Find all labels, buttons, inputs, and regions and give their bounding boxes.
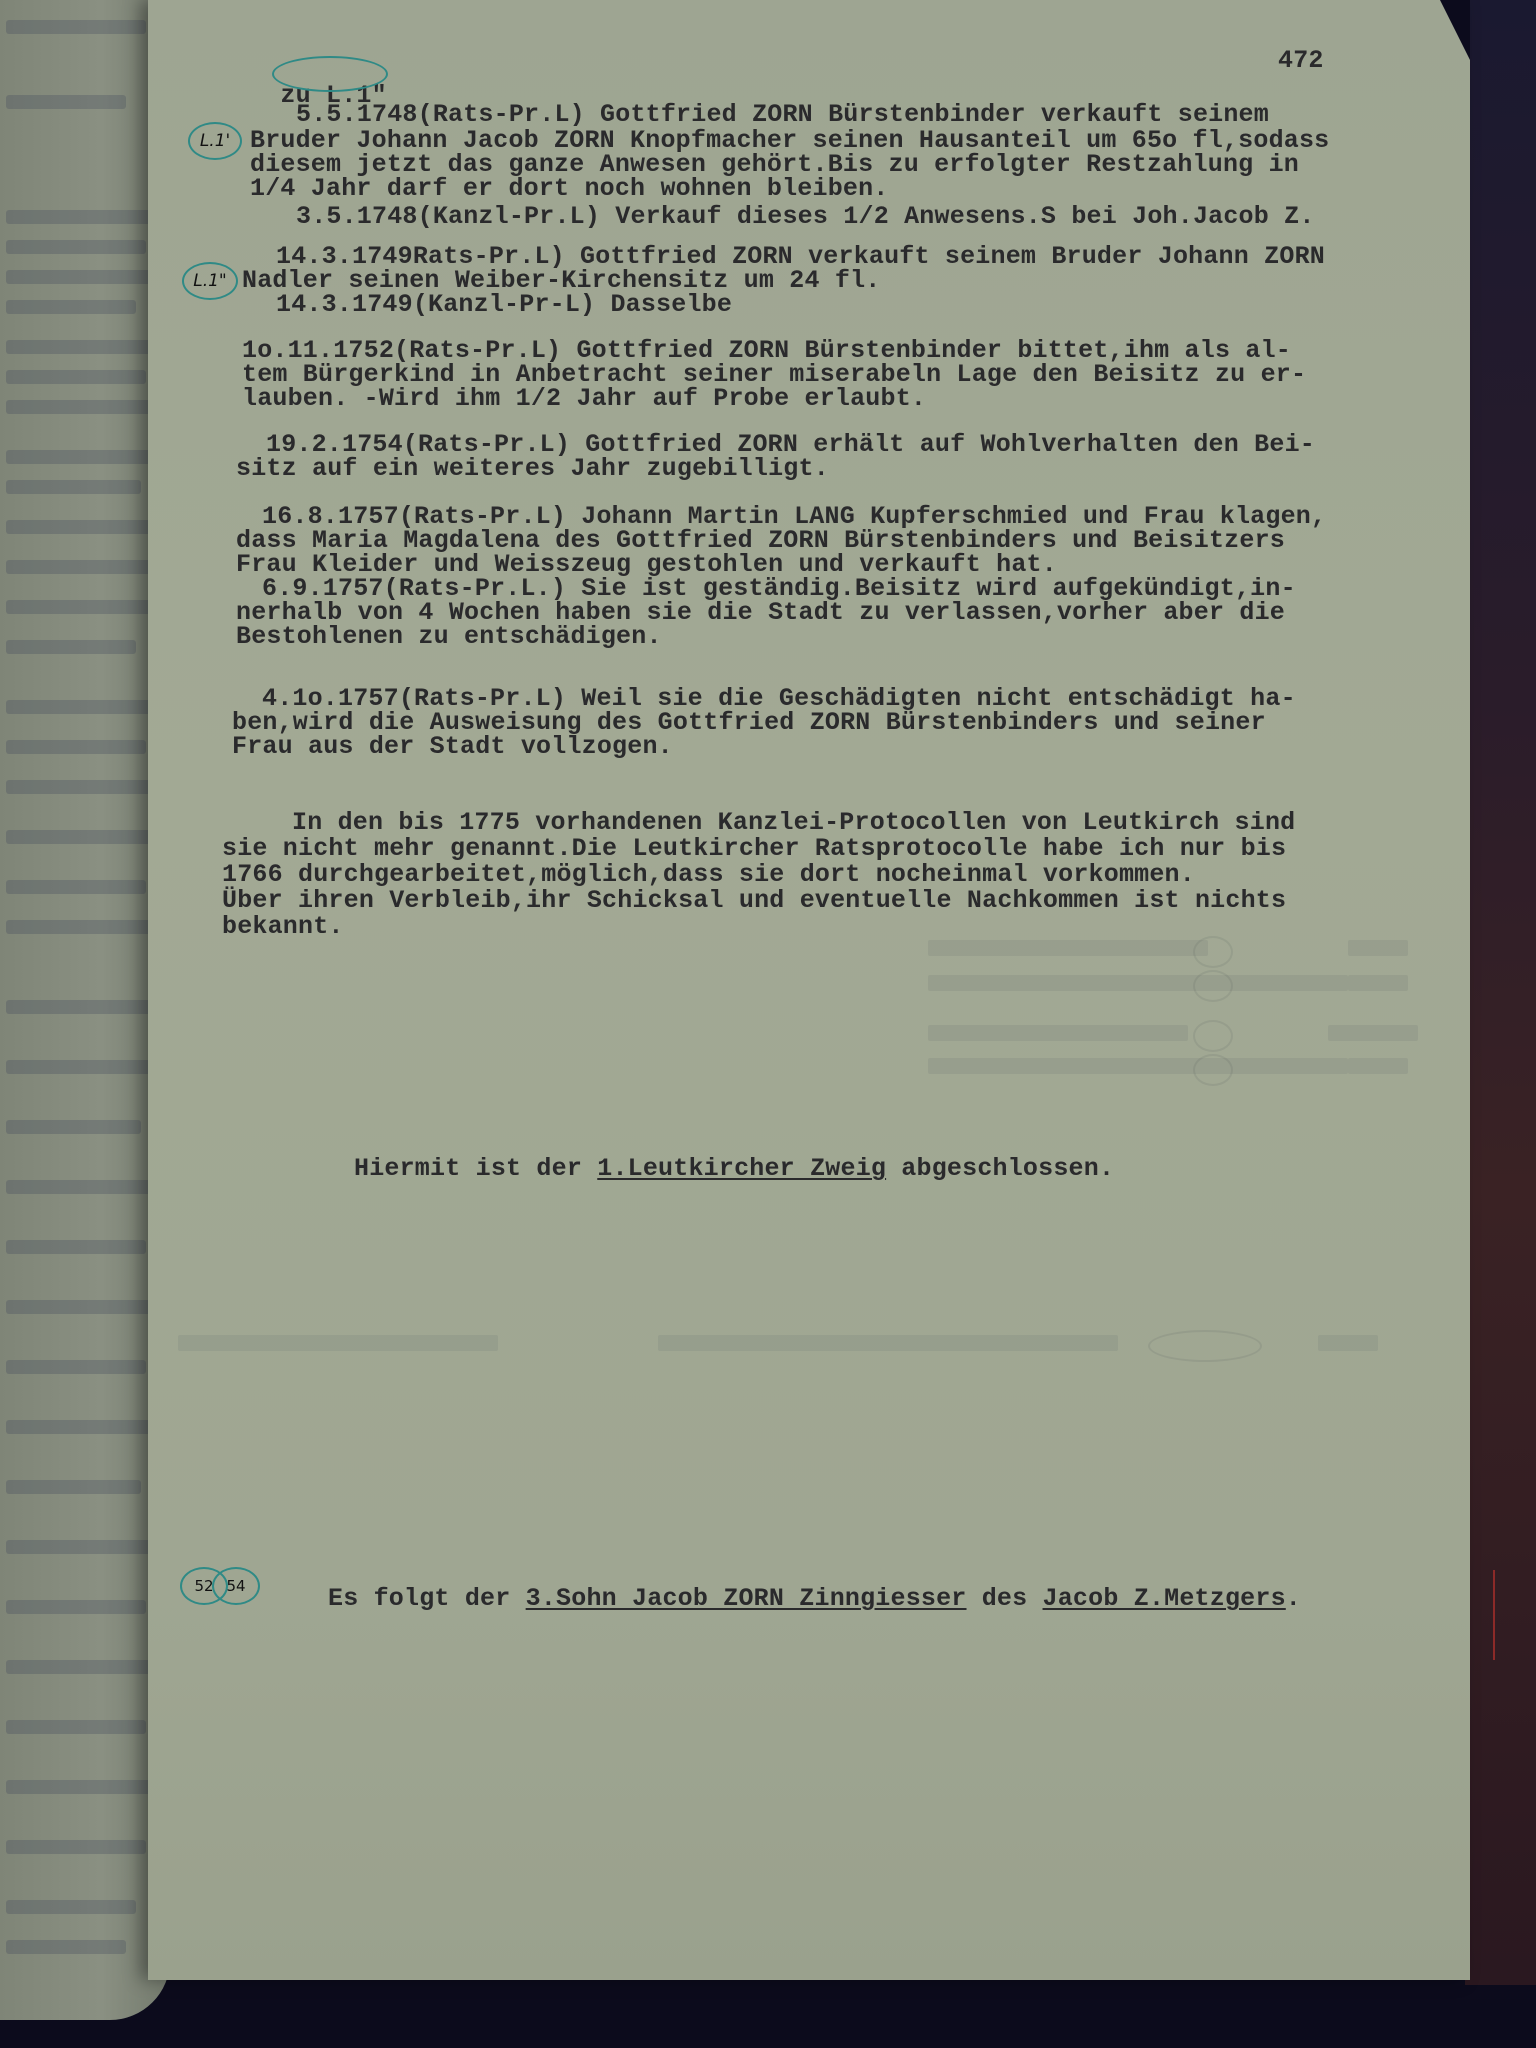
closing-branch-name: 1.Leutkircher Zweig (597, 1154, 886, 1183)
next-prefix: Es folgt der (328, 1584, 526, 1613)
next-section-statement: Es folgt der 3.Sohn Jacob ZORN Zinngiess… (328, 1588, 1301, 1609)
summary-line: bekannt. (222, 916, 344, 937)
summary-line: Über ihren Verbleib,ihr Schicksal und ev… (222, 890, 1286, 911)
next-middle: des (967, 1584, 1043, 1613)
entry-line: Frau aus der Stadt vollzogen. (232, 736, 673, 757)
summary-line: 1766 durchgearbeitet,möglich,dass sie do… (222, 864, 1195, 885)
entry-line: 16.8.1757(Rats-Pr.L) Johann Martin LANG … (262, 506, 1326, 527)
background-desk (1465, 0, 1536, 1985)
entry-line: 6.9.1757(Rats-Pr.L.) Sie ist geständig.B… (262, 578, 1296, 599)
summary-line: sie nicht mehr genannt.Die Leutkircher R… (222, 838, 1286, 859)
closing-suffix: abgeschlossen. (886, 1154, 1114, 1183)
page-number: 472 (1278, 50, 1324, 71)
entry-line: 19.2.1754(Rats-Pr.L) Gottfried ZORN erhä… (266, 434, 1315, 455)
margin-note-l1-double-prime: L.1" (182, 262, 238, 300)
entry-line: Bestohlenen zu entschädigen. (236, 626, 662, 647)
closing-statement: Hiermit ist der 1.Leutkircher Zweig abge… (354, 1158, 1114, 1179)
entry-line: nerhalb von 4 Wochen haben sie die Stadt… (236, 602, 1285, 623)
entry-line: ben,wird die Ausweisung des Gottfried ZO… (232, 712, 1266, 733)
entry-line: 1o.11.1752(Rats-Pr.L) Gottfried ZORN Bür… (242, 340, 1291, 361)
entry-line: Nadler seinen Weiber-Kirchensitz um 24 f… (242, 270, 881, 291)
margin-note-52-54: 52 54 (180, 1567, 270, 1603)
entry-line: lauben. -Wird ihm 1/2 Jahr auf Probe erl… (242, 388, 926, 409)
entry-line: 14.3.1749(Kanzl-Pr-L) Dasselbe (276, 294, 732, 315)
entry-line: diesem jetzt das ganze Anwesen gehört.Bi… (250, 154, 1299, 175)
entry-line: 1/4 Jahr darf er dort noch wohnen bleibe… (250, 178, 889, 199)
summary-line: In den bis 1775 vorhandenen Kanzlei-Prot… (292, 812, 1295, 833)
next-suffix: . (1286, 1584, 1301, 1613)
header-ref-circle (272, 56, 388, 92)
entry-line: 5.5.1748(Rats-Pr.L) Gottfried ZORN Bürst… (296, 104, 1269, 125)
entry-line: Frau Kleider und Weisszeug gestohlen und… (236, 554, 1057, 575)
margin-note-54: 54 (212, 1567, 260, 1605)
next-son-name: 3.Sohn Jacob ZORN Zinngiesser (526, 1584, 967, 1613)
entry-line: 14.3.1749Rats-Pr.L) Gottfried ZORN verka… (276, 246, 1325, 267)
next-father-name: Jacob Z.Metzgers (1043, 1584, 1286, 1613)
entry-line: dass Maria Magdalena des Gottfried ZORN … (236, 530, 1285, 551)
entry-line: sitz auf ein weiteres Jahr zugebilligt. (236, 458, 829, 479)
closing-prefix: Hiermit ist der (354, 1154, 597, 1183)
entry-line: 4.1o.1757(Rats-Pr.L) Weil sie die Geschä… (262, 688, 1296, 709)
entry-1748-kanzl: 3.5.1748(Kanzl-Pr.L) Verkauf dieses 1/2 … (296, 206, 1315, 227)
red-margin-mark (1493, 1570, 1495, 1660)
entry-line: Bruder Johann Jacob ZORN Knopfmacher sei… (250, 130, 1329, 151)
entry-line: tem Bürgerkind in Anbetracht seiner mise… (242, 364, 1306, 385)
previous-page-edge (0, 0, 170, 2020)
margin-note-l1-prime: L.1' (188, 122, 242, 160)
